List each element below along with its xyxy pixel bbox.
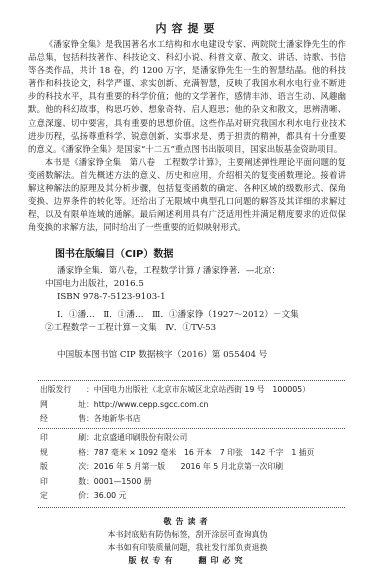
info-row-format: 规格 ： 787 毫米 × 1092 毫米 16 开本 7 印张 142 千字 …: [40, 446, 350, 461]
info-row-publisher: 出版发行 ： 中国电力出版社（北京市东城区北京站西街 19 号 100005）: [40, 383, 350, 398]
cip-citation: 潘家铮全集．第八卷，工程数学计算 / 潘家铮著．—北京： 中国电力出版社，201…: [45, 265, 355, 304]
info-key: 经售: [40, 412, 86, 427]
abstract-paragraph-2: 本书是《潘家铮全集 第八卷 工程数学计算》，主要阐述弹性理论平面问题的复变函数解…: [28, 156, 346, 235]
notice-anti-counterfeit: 本书封底贴有防伪标签，刮开涂层可查询真伪: [0, 528, 375, 541]
notice-quality: 本书如有印装质量问题，我社发行部负责退换: [0, 541, 375, 554]
info-value: 2016 年 5 月第一版 2016 年 5 月北京第一次印刷: [94, 460, 350, 475]
cip-title-line: 潘家铮全集．第八卷，工程数学计算 / 潘家铮著．—北京：: [45, 265, 355, 278]
print-info: 印刷 ： 北京盛通印刷股份有限公司 规格 ： 787 毫米 × 1092 毫米 …: [40, 431, 350, 504]
publisher-info: 出版发行 ： 中国电力出版社（北京市东城区北京站西街 19 号 100005） …: [40, 383, 350, 427]
cip-publisher-line: 中国电力出版社，2016.5: [45, 278, 355, 291]
info-row-print-run: 印数 ： 0001—1500 册: [40, 475, 350, 490]
cip-record-number: 中国版本图书馆 CIP 数据核字（2016）第 055404 号: [45, 349, 355, 362]
cip-record: 中国版本图书馆 CIP 数据核字（2016）第 055404 号: [45, 349, 355, 362]
price-value: 36.00 元: [94, 489, 350, 504]
abstract-title: 内容提要: [0, 20, 375, 36]
cip-classification: Ⅰ．①潘… Ⅱ．①潘… Ⅲ．①潘家铮（1927～2012）－文集 ②工程数学－工…: [45, 309, 355, 335]
info-row-edition: 版次 ： 2016 年 5 月第一版 2016 年 5 月北京第一次印刷: [40, 460, 350, 475]
info-value: 各地新华书店: [94, 412, 350, 427]
notice-title: 敬告读者: [0, 515, 375, 528]
info-row-printer: 印刷 ： 北京盛通印刷股份有限公司: [40, 431, 350, 446]
info-value: 中国电力出版社（北京市东城区北京站西街 19 号 100005）: [94, 383, 350, 398]
info-row-price: 定价 ： 36.00 元: [40, 489, 350, 504]
info-key: 网址: [40, 398, 86, 413]
info-row-website: 网址 ： http://www.cepp.sgcc.com.cn: [40, 398, 350, 413]
divider: [38, 507, 345, 508]
abstract-body: 《潘家铮全集》是我国著名水工结构和水电建设专家、两院院士潘家铮先生的作品总集，包…: [28, 38, 346, 234]
reader-notice: 敬告读者 本书封底贴有防伪标签，刮开涂层可查询真伪 本书如有印装质量问题，我社发…: [0, 515, 375, 567]
abstract-paragraph-1: 《潘家铮全集》是我国著名水工结构和水电建设专家、两院院士潘家铮先生的作品总集，包…: [28, 38, 346, 156]
cip-isbn: ISBN 978-7-5123-9103-1: [45, 291, 355, 304]
info-key: 出版发行: [40, 383, 86, 398]
divider: [38, 428, 345, 429]
copyright-notice: 版权专有翻印必究: [0, 554, 375, 567]
copyright-page: 内容提要 《潘家铮全集》是我国著名水工结构和水电建设专家、两院院士潘家铮先生的作…: [0, 0, 375, 579]
info-value: 0001—1500 册: [94, 475, 350, 490]
cip-class-line-1: Ⅰ．①潘… Ⅱ．①潘… Ⅲ．①潘家铮（1927～2012）－文集: [45, 309, 355, 322]
divider: [38, 380, 345, 381]
info-row-distribution: 经售 ： 各地新华书店: [40, 412, 350, 427]
website-link[interactable]: http://www.cepp.sgcc.com.cn: [94, 398, 350, 413]
cip-heading: 图书在版编目（CIP）数据: [55, 245, 173, 260]
cip-class-line-2: ②工程数学－工程计算－文集 Ⅳ．①TV-53: [45, 322, 355, 335]
info-value: 787 毫米 × 1092 毫米 16 开本 7 印张 142 千字 1 插页: [94, 446, 350, 461]
info-value: 北京盛通印刷股份有限公司: [94, 431, 350, 446]
